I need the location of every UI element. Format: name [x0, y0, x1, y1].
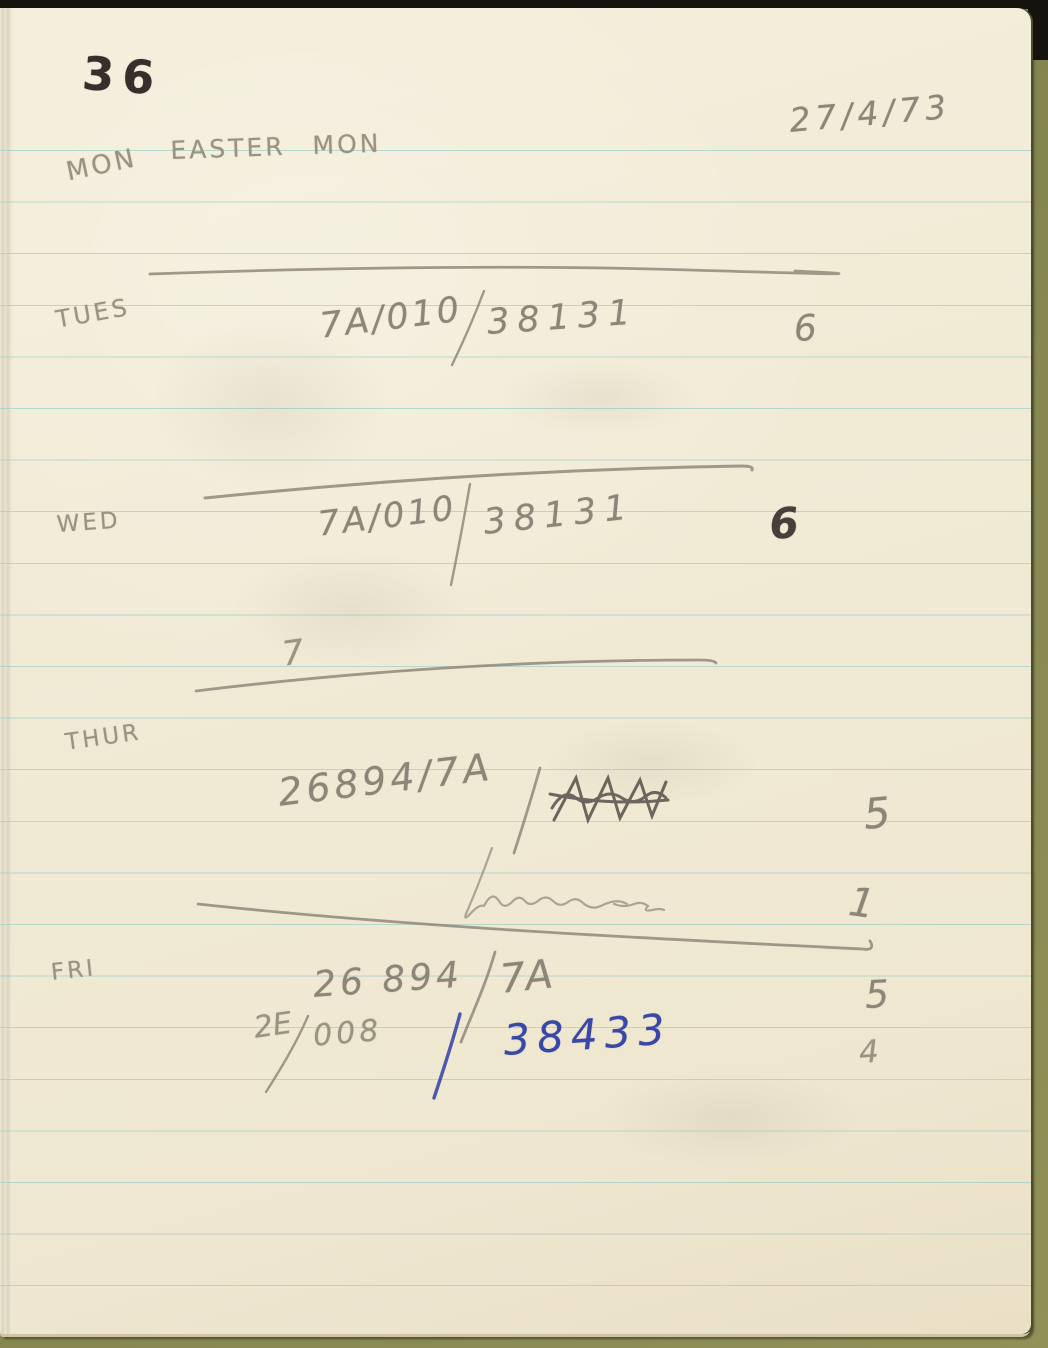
entry-fri2-code-left: 2E [252, 1009, 294, 1044]
entry-fri2-code-mid: 008 [312, 1016, 384, 1052]
page-number: 36 [81, 50, 164, 101]
pencil-rule-line-tues [205, 466, 752, 498]
day-label-wed: WED [56, 510, 121, 537]
entry-fri-code-suffix: 7A [498, 954, 555, 999]
scan-corner-shadow [1028, 0, 1048, 60]
day-label-fri: FRI [50, 957, 97, 985]
count-thur-second: 1 [846, 882, 877, 925]
pencil-rule-line-wed [196, 660, 716, 691]
count-wed: 6 [768, 502, 800, 546]
entry-fri-code-number: 26 894 [312, 958, 464, 1004]
entry-fri2-code-right: 38433 [502, 1008, 673, 1062]
ink-slash-fri2 [434, 1014, 460, 1098]
show-through-smudge [600, 1068, 860, 1168]
note-seven: 7 [280, 635, 306, 672]
count-tues: 6 [793, 311, 818, 348]
entry-thur-code: 26894/7A [276, 748, 495, 812]
page-stack-edge [0, 8, 15, 1334]
entry-tues-code-right: 38131 [486, 295, 639, 340]
show-through-smudge [150, 318, 390, 488]
count-fri2: 4 [858, 1037, 880, 1069]
day-label-tues: TUES [54, 295, 132, 332]
scanned-notebook-photo: 36 27/4/73 MON EASTER MON TUES 7A/010 38… [0, 0, 1048, 1348]
show-through-smudge [540, 718, 760, 808]
pencil-slash-thur [514, 768, 540, 853]
struck-word-scribble [550, 778, 668, 820]
entry-wed-code-right: 38131 [482, 490, 636, 541]
count-thur: 5 [862, 792, 892, 836]
day-label-thur: THUR [64, 721, 143, 754]
notebook-page: 36 27/4/73 MON EASTER MON TUES 7A/010 38… [0, 8, 1031, 1334]
pencil-rule-line-thur [198, 904, 872, 949]
day-label-mon: MON [64, 145, 139, 185]
entry-mon: EASTER MON [170, 131, 382, 163]
cursive-scrawl [465, 848, 664, 918]
entry-tues-code-left: 7A/010 [318, 293, 464, 345]
pencil-slash-fri [461, 952, 495, 1042]
date: 27/4/73 [788, 90, 952, 137]
show-through-smudge [500, 358, 700, 438]
handwritten-strokes [0, 8, 1031, 1334]
show-through-smudge [230, 548, 470, 668]
pencil-rule-line-mon [150, 267, 839, 274]
entry-wed-code-left: 7A/010 [316, 491, 458, 542]
count-fri: 5 [864, 975, 890, 1014]
